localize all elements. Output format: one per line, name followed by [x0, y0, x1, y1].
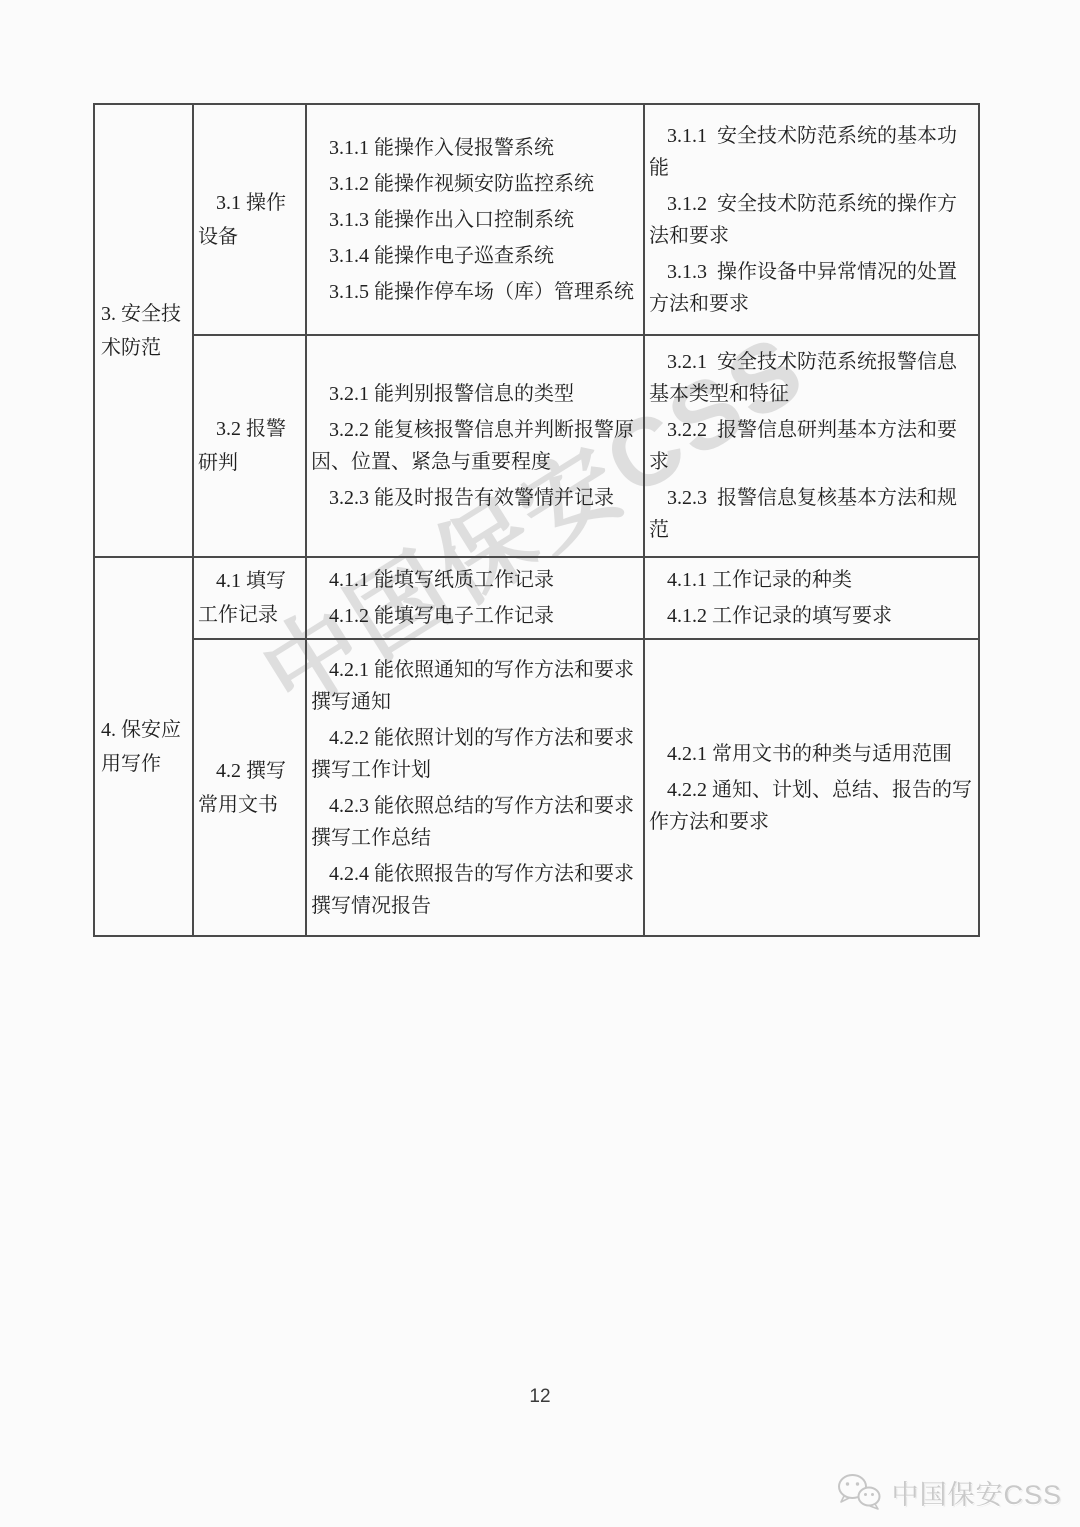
table-paragraph: 3.1.2 能操作视频安防监控系统 [311, 168, 639, 200]
table-paragraph: 3.1.1 能操作入侵报警系统 [311, 132, 639, 164]
page-number: 12 [0, 1386, 1080, 1408]
table-row: 3.2 报警 研判 3.2.1 能判别报警信息的类型3.2.2 能复核报警信息并… [94, 335, 979, 557]
table-paragraph: 4.2.3 能依照总结的写作方法和要求 撰写工作总结 [311, 790, 639, 854]
wechat-icon [836, 1472, 882, 1512]
table-paragraph: 3.1.4 能操作电子巡查系统 [311, 240, 639, 272]
subcategory-label: 4.1 填写 工作记录 [198, 564, 301, 632]
knowledge-cell-4-2: 4.2.1 常用文书的种类与适用范围4.2.2 通知、计划、总结、报告的写 作方… [644, 639, 979, 936]
table-paragraph: 4.2.4 能依照报告的写作方法和要求 撰写情况报告 [311, 858, 639, 922]
table-paragraph: 4.1.2 能填写电子工作记录 [311, 600, 639, 632]
category-label: 3. 安全技 术防范 [99, 297, 188, 365]
category-cell-4: 4. 保安应 用写作 [94, 557, 193, 936]
table-paragraph: 3.2.2 报警信息研判基本方法和要 求 [649, 414, 974, 478]
table-paragraph: 3.2.3 能及时报告有效警情并记录 [311, 482, 639, 514]
table-paragraph: 3.2.3 报警信息复核基本方法和规 范 [649, 482, 974, 546]
table-paragraph: 4.2.1 能依照通知的写作方法和要求 撰写通知 [311, 654, 639, 718]
category-label: 4. 保安应 用写作 [99, 713, 188, 781]
skills-cell-4-2: 4.2.1 能依照通知的写作方法和要求 撰写通知4.2.2 能依照计划的写作方法… [306, 639, 644, 936]
occupational-standard-table: 3. 安全技 术防范 3.1 操作 设备 3.1.1 能操作入侵报警系统3.1.… [93, 103, 980, 937]
knowledge-cell-4-1: 4.1.1 工作记录的种类4.1.2 工作记录的填写要求 [644, 557, 979, 639]
table-row: 3. 安全技 术防范 3.1 操作 设备 3.1.1 能操作入侵报警系统3.1.… [94, 104, 979, 335]
subcategory-cell-3-1: 3.1 操作 设备 [193, 104, 306, 335]
footer-brand-text: 中国保安CSS [891, 1473, 1062, 1512]
knowledge-cell-3-1: 3.1.1 安全技术防范系统的基本功 能3.1.2 安全技术防范系统的操作方 法… [644, 104, 979, 335]
subcategory-cell-4-1: 4.1 填写 工作记录 [193, 557, 306, 639]
table-paragraph: 3.1.3 操作设备中异常情况的处置 方法和要求 [649, 256, 974, 320]
table-paragraph: 3.1.3 能操作出入口控制系统 [311, 204, 639, 236]
table-paragraph: 3.2.1 能判别报警信息的类型 [311, 378, 639, 410]
table-paragraph: 4.2.1 常用文书的种类与适用范围 [649, 738, 974, 770]
table-paragraph: 3.2.1 安全技术防范系统报警信息 基本类型和特征 [649, 346, 974, 410]
skills-cell-4-1: 4.1.1 能填写纸质工作记录4.1.2 能填写电子工作记录 [306, 557, 644, 639]
table-paragraph: 4.1.1 工作记录的种类 [649, 564, 974, 596]
subcategory-label: 3.2 报警 研判 [198, 412, 301, 480]
footer-brand: 中国保安CSS [836, 1470, 1062, 1514]
category-cell-3: 3. 安全技 术防范 [94, 104, 193, 557]
table-paragraph: 4.2.2 能依照计划的写作方法和要求 撰写工作计划 [311, 722, 639, 786]
skills-cell-3-2: 3.2.1 能判别报警信息的类型3.2.2 能复核报警信息并判断报警原 因、位置… [306, 335, 644, 557]
subcategory-cell-4-2: 4.2 撰写 常用文书 [193, 639, 306, 936]
subcategory-label: 4.2 撰写 常用文书 [198, 754, 301, 822]
document-page: 中国保安CSS 3. 安全技 术防范 3.1 操作 设备 3.1.1 能操作入侵… [0, 0, 1080, 1527]
table-row: 4. 保安应 用写作 4.1 填写 工作记录 4.1.1 能填写纸质工作记录4.… [94, 557, 979, 639]
skills-cell-3-1: 3.1.1 能操作入侵报警系统3.1.2 能操作视频安防监控系统3.1.3 能操… [306, 104, 644, 335]
table-paragraph: 3.1.2 安全技术防范系统的操作方 法和要求 [649, 188, 974, 252]
table-paragraph: 3.1.5 能操作停车场（库）管理系统 [311, 276, 639, 308]
subcategory-cell-3-2: 3.2 报警 研判 [193, 335, 306, 557]
table-paragraph: 3.2.2 能复核报警信息并判断报警原 因、位置、紧急与重要程度 [311, 414, 639, 478]
table-paragraph: 4.1.2 工作记录的填写要求 [649, 600, 974, 632]
knowledge-cell-3-2: 3.2.1 安全技术防范系统报警信息 基本类型和特征3.2.2 报警信息研判基本… [644, 335, 979, 557]
table-paragraph: 4.2.2 通知、计划、总结、报告的写 作方法和要求 [649, 774, 974, 838]
table-row: 4.2 撰写 常用文书 4.2.1 能依照通知的写作方法和要求 撰写通知4.2.… [94, 639, 979, 936]
subcategory-label: 3.1 操作 设备 [198, 186, 301, 254]
table-paragraph: 3.1.1 安全技术防范系统的基本功 能 [649, 120, 974, 184]
table-paragraph: 4.1.1 能填写纸质工作记录 [311, 564, 639, 596]
